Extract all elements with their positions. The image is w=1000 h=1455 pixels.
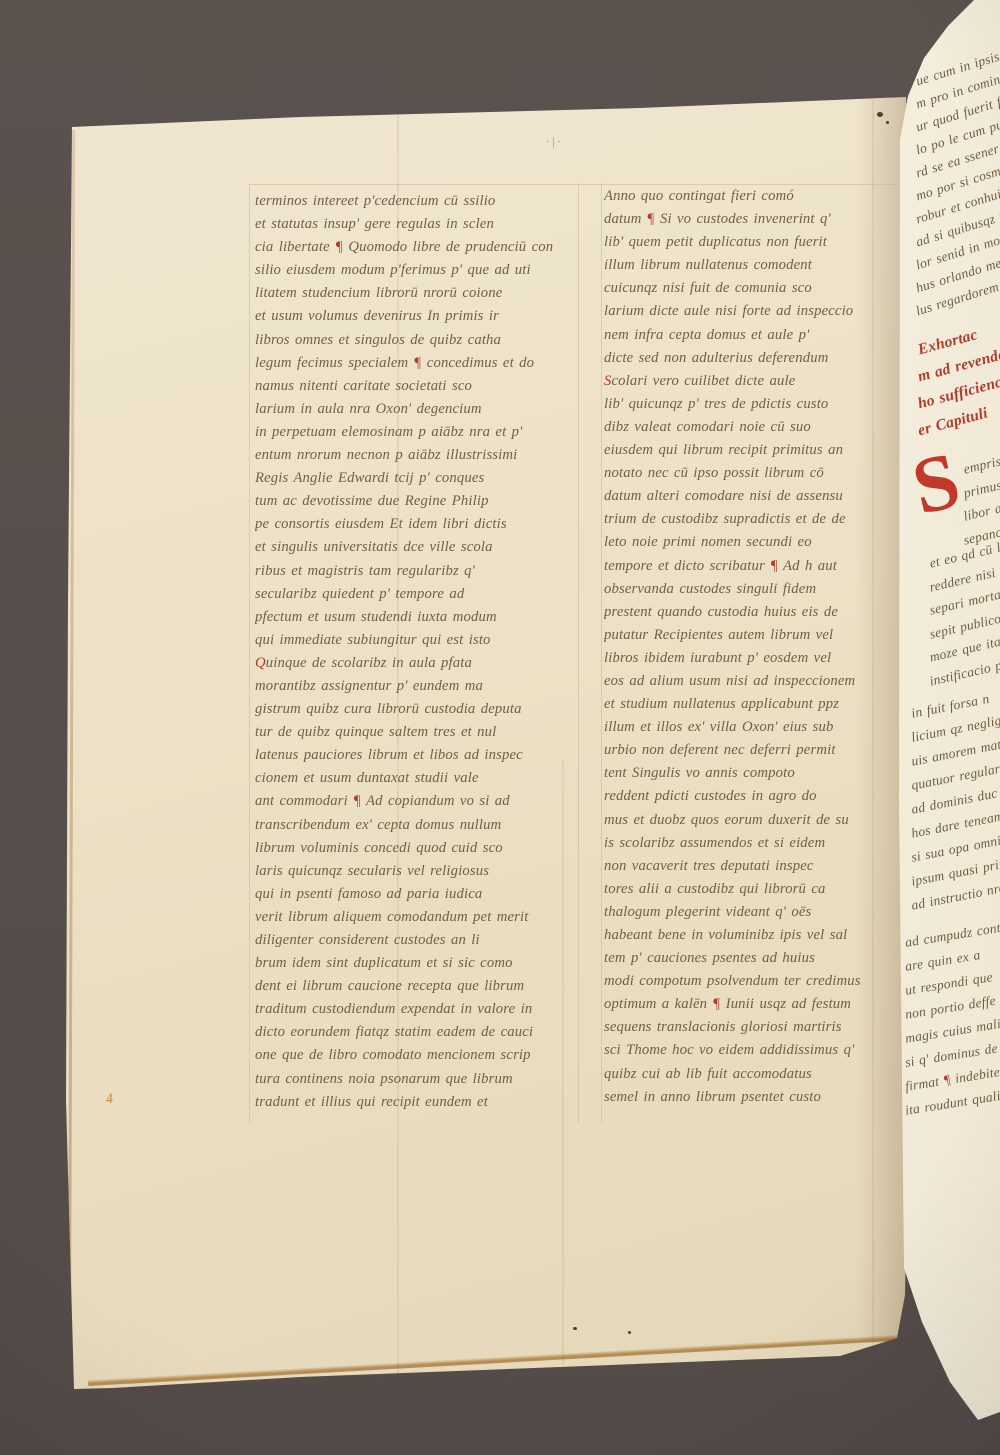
manuscript-line: tradunt et illius qui recipit eundem et [255,1091,585,1114]
manuscript-line: tura continens noia psonarum que librum [255,1068,585,1091]
manuscript-line: dent ei librum caucione recepta que libr… [255,975,585,998]
text-column-right: Anno quo contingat fieri comódatum ¶ Si … [604,185,922,1109]
manuscript-line: tum ac devotissime due Regine Philip [255,490,585,513]
page-left-edge [68,130,75,1386]
manuscript-line: reddent pdicti custodes in agro do [604,785,922,808]
manuscript-line: in perpetuam elemosinam p aiābz nra et p… [255,421,585,444]
manuscript-line: secularibz quiedent p' tempore ad [255,583,585,606]
manuscript-line: qui immediate subiungitur qui est isto [255,629,585,652]
manuscript-line: trium de custodibz supradictis et de de [604,508,922,531]
manuscript-line: verit librum aliquem comodandum pet meri… [255,906,585,929]
manuscript-line: cia libertate ¶ Quomodo libre de prudenc… [255,236,585,259]
manuscript-line: eos ad alium usum nisi ad inspeccionem [604,670,922,693]
manuscript-line: nem infra cepta domus et aule p' [604,324,922,347]
manuscript-page: ·|· 4 terminos intereet p'cedencium cū s… [0,0,1000,1455]
manuscript-line: larium dicte aule nisi forte ad inspecci… [604,300,922,323]
manuscript-line: illum librum nullatenus comodent [604,254,922,277]
manuscript-line: tent Singulis vo annis compoto [604,762,922,785]
manuscript-line: Regis Anglie Edwardi tcij p' conques [255,467,585,490]
manuscript-line: sequens translacionis gloriosi martiris [604,1016,922,1039]
manuscript-line: putatur Recipientes autem librum vel [604,624,922,647]
manuscript-line: namus nitenti caritate societati sco [255,375,585,398]
manuscript-line: cionem et usum duntaxat studii vale [255,767,585,790]
manuscript-line: thalogum plegerint videant q' oēs [604,901,922,924]
page-bottom-gilt-edge [88,1335,902,1386]
manuscript-line: illum et illos ex' villa Oxon' eius sub [604,716,922,739]
manuscript-line: dibz valeat comodari noie cū suo [604,416,922,439]
manuscript-line: et singulis universitatis dce ville scol… [255,536,585,559]
manuscript-line: sci Thome hoc vo eidem addidissimus q' [604,1039,922,1062]
manuscript-line: qui in psenti famoso ad paria iudica [255,883,585,906]
manuscript-line: urbio non deferent nec deferri permit [604,739,922,762]
manuscript-line: Quinque de scolaribz in aula pfata [255,652,585,675]
ruling-line-vertical [249,183,250,1123]
manuscript-line: terminos intereet p'cedencium cū ssilio [255,190,585,213]
manuscript-line: lib' quicunqz p' tres de pdictis custo [604,393,922,416]
manuscript-line: quibz cui ab lib fuit accomodatus [604,1063,922,1086]
manuscript-line: habeant bene in voluminibz ipis vel sal [604,924,922,947]
manuscript-line: libros ibidem iurabunt p' eosdem vel [604,647,922,670]
text-column-left: terminos intereet p'cedencium cū ssilioe… [255,190,585,1114]
manuscript-line: datum alteri comodare nisi de assensu [604,485,922,508]
manuscript-line: tempore et dicto scribatur ¶ Ad h aut [604,555,922,578]
manuscript-line: one que de libro comodato mencionem scri… [255,1044,585,1067]
ruling-line-vertical [601,183,602,1123]
manuscript-line: ribus et magistris tam regularibz q' [255,560,585,583]
manuscript-line: datum ¶ Si vo custodes invenerint q' [604,208,922,231]
manuscript-line: ant commodari ¶ Ad copiandum vo si ad [255,790,585,813]
manuscript-line: prestent quando custodia huius eis de [604,601,922,624]
page-top-edge-smudge [80,87,910,126]
manuscript-line: morantibz assignentur p' eundem ma [255,675,585,698]
manuscript-line: diligenter considerent custodes an li [255,929,585,952]
manuscript-line: brum idem sint duplicatum et si sic como [255,952,585,975]
ink-speck [886,121,889,124]
manuscript-line: lib' quem petit duplicatus non fuerit [604,231,922,254]
margin-annotation: 4 [105,1092,114,1109]
manuscript-line: modi compotum psolvendum ter credimus [604,970,922,993]
manuscript-line: dicto eorundem fiatqz statim eadem de ca… [255,1021,585,1044]
manuscript-line: gistrum quibz cura librorū custodia depu… [255,698,585,721]
manuscript-line: transcribendum ex' cepta domus nullum [255,814,585,837]
manuscript-line: semel in anno librum psentet custo [604,1086,922,1109]
ink-speck [628,1331,631,1334]
manuscript-line: silio eiusdem modum p'ferimus p' que ad … [255,259,585,282]
manuscript-line: notato nec cū ipso possit librum cō [604,462,922,485]
manuscript-line: eiusdem qui librum recipit primitus an [604,439,922,462]
ink-speck [573,1327,577,1330]
manuscript-line: entum nrorum necnon p aiābz illustrissim… [255,444,585,467]
manuscript-line: tem p' cauciones psentes ad huius [604,947,922,970]
manuscript-line: et statutas insup' gere regulas in sclen [255,213,585,236]
manuscript-line: libros omnes et singulos de quibz catha [255,329,585,352]
manuscript-line: optimum a kalēn ¶ Iunii usqz ad festum [604,993,922,1016]
manuscript-line: et studium nullatenus applicabunt ppz [604,693,922,716]
manuscript-line: latenus pauciores librum et libos ad ins… [255,744,585,767]
manuscript-line: pfectum et usum studendi iuxta modum [255,606,585,629]
manuscript-line: larium in aula nra Oxon' degencium [255,398,585,421]
manuscript-line: traditum custodiendum expendat in valore… [255,998,585,1021]
manuscript-line: observanda custodes singuli fidem [604,578,922,601]
manuscript-line: is scolaribz assumendos et si eidem [604,832,922,855]
manuscript-line: litatem studencium librorū nrorū coione [255,282,585,305]
ink-speck [877,112,883,117]
manuscript-line: laris quicunqz secularis vel religiosus [255,860,585,883]
manuscript-line: cuicunqz nisi fuit de comunia sco [604,277,922,300]
manuscript-line: librum voluminis concedi quod cuid sco [255,837,585,860]
manuscript-line: pe consortis eiusdem Et idem libri dicti… [255,513,585,536]
quire-mark: ·|· [546,136,564,148]
manuscript-line: leto noie primi nomen secundi eo [604,531,922,554]
manuscript-line: tores alii a custodibz qui librorū ca [604,878,922,901]
manuscript-photo: ·|· 4 terminos intereet p'cedencium cū s… [0,0,1000,1455]
manuscript-line: non vacaverit tres deputati inspec [604,855,922,878]
manuscript-line: et usum volumus devenirus In primis ir [255,305,585,328]
manuscript-line: dicte sed non adulterius deferendum [604,347,922,370]
manuscript-line: mus et duobz quos eorum duxerit de su [604,809,922,832]
manuscript-line: Anno quo contingat fieri comó [604,185,922,208]
manuscript-line: tur de quibz quinque saltem tres et nul [255,721,585,744]
manuscript-line: legum fecimus specialem ¶ concedimus et … [255,352,585,375]
manuscript-line: Scolari vero cuilibet dicte aule [604,370,922,393]
